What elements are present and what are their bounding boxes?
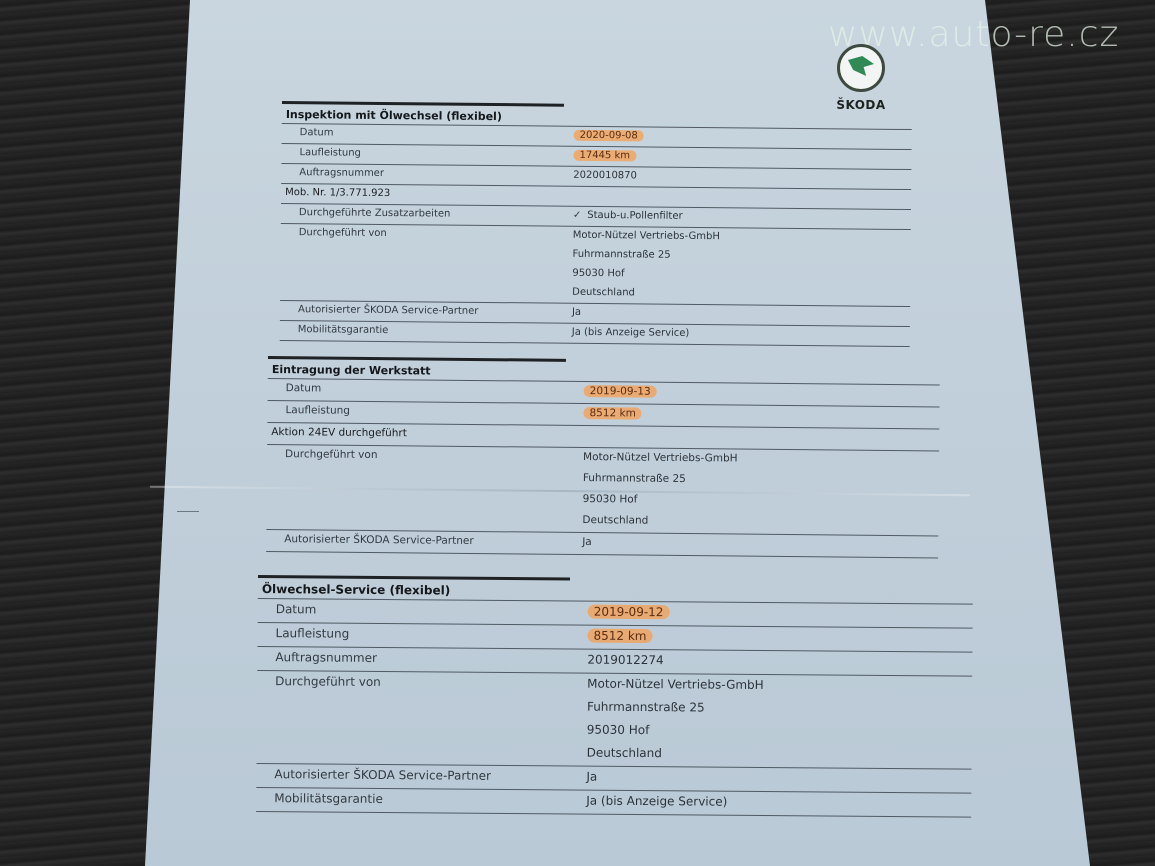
value-text: Ja [582, 536, 592, 548]
row-label: Datum [286, 382, 322, 394]
row-label: Aktion 24EV durchgeführt [271, 426, 407, 439]
row-value: Ja [586, 770, 597, 784]
row-label: Laufleistung [275, 626, 349, 641]
row-label: Durchgeführt von [299, 227, 387, 239]
value-text: Fuhrmannstraße 25 [583, 472, 686, 485]
section-werkstatt: Eintragung der Werkstatt Datum2019-09-13… [266, 356, 940, 558]
section-rows: Datum2019-09-12Laufleistung8512 kmAuftra… [256, 598, 973, 818]
value-text: Fuhrmannstraße 25 [572, 249, 670, 261]
highlighted-value: 2019-09-12 [588, 605, 670, 620]
highlighted-value: 8512 km [583, 407, 641, 420]
value-text: Motor-Nützel Vertriebs-GmbH [573, 230, 720, 242]
row-label: Autorisierter ŠKODA Service-Partner [274, 767, 491, 783]
row-value: Ja (bis Anzeige Service) [572, 327, 690, 339]
row-value: Ja [582, 536, 592, 548]
row-label: Autorisierter ŠKODA Service-Partner [298, 304, 479, 317]
row-label: Durchgeführte Zusatzarbeiten [299, 207, 451, 219]
row-value: Deutschland [582, 514, 648, 527]
value-text: 95030 Hof [572, 268, 624, 280]
row-value: Motor-Nützel Vertriebs-GmbH [573, 230, 720, 242]
row-value: Fuhrmannstraße 25 [587, 700, 705, 715]
value-text: Staub-u.Pollenfilter [587, 210, 682, 222]
value-text: Deutschland [582, 514, 648, 527]
row-label: Mob. Nr. 1/3.771.923 [285, 187, 390, 199]
row-label: Laufleistung [299, 147, 361, 159]
highlighted-value: 2019-09-13 [584, 385, 657, 398]
row-value: Fuhrmannstraße 25 [583, 472, 686, 485]
row-label: Durchgeführt von [285, 448, 378, 461]
row-value: 2020010870 [573, 170, 637, 182]
value-text: Ja [586, 770, 597, 784]
row-value: Motor-Nützel Vertriebs-GmbH [583, 451, 738, 464]
row-label: Datum [276, 602, 317, 616]
value-text: Ja (bis Anzeige Service) [586, 794, 727, 809]
row-value: 2019-09-12 [588, 605, 670, 620]
value-text: Deutschland [572, 287, 635, 299]
row-value: 17445 km [573, 150, 636, 162]
row-value: Deutschland [587, 746, 662, 761]
skoda-arrow-icon [837, 44, 885, 92]
highlighted-value: 17445 km [573, 150, 636, 162]
row-value: Fuhrmannstraße 25 [572, 249, 670, 261]
row-value: Deutschland [572, 287, 635, 299]
row-label: Auftragsnummer [275, 650, 377, 665]
value-text: 95030 Hof [583, 493, 638, 506]
value-text: Deutschland [587, 746, 662, 761]
row-value: 2020-09-08 [574, 130, 644, 142]
row-value: Motor-Nützel Vertriebs-GmbH [587, 677, 764, 692]
row-value: 95030 Hof [583, 493, 638, 506]
section-oelwechsel: Ölwechsel-Service (flexibel) Datum2019-0… [256, 575, 973, 818]
row-label: Mobilitätsgarantie [274, 791, 383, 806]
row-value: 2019-09-13 [584, 385, 657, 398]
row-label: Auftragsnummer [299, 167, 384, 179]
checkmark-icon: ✓ [573, 210, 581, 221]
row-value: 95030 Hof [587, 723, 650, 737]
value-text: Ja (bis Anzeige Service) [572, 327, 690, 339]
row-value: 8512 km [583, 407, 641, 420]
value-text: 2019012274 [587, 653, 663, 668]
row-value: 95030 Hof [572, 268, 624, 280]
row-label: Datum [300, 127, 334, 138]
skoda-logo: ŠKODA [830, 44, 892, 112]
row-label: Mobilitätsgarantie [298, 324, 389, 336]
row-value: Ja [572, 307, 581, 318]
row-value: 2019012274 [587, 653, 663, 668]
section-inspektion: Inspektion mit Ölwechsel (flexibel) Datu… [280, 101, 912, 347]
row-value: Ja (bis Anzeige Service) [586, 794, 727, 809]
row-label: Autorisierter ŠKODA Service-Partner [284, 533, 474, 547]
row-value: 8512 km [587, 629, 652, 644]
highlighted-value: 2020-09-08 [574, 130, 644, 142]
value-text: Motor-Nützel Vertriebs-GmbH [587, 677, 764, 692]
value-text: 2020010870 [573, 170, 637, 182]
value-text: 95030 Hof [587, 723, 650, 737]
value-text: Fuhrmannstraße 25 [587, 700, 705, 715]
row-label: Durchgeführt von [275, 674, 381, 689]
row-value: ✓Staub-u.Pollenfilter [573, 210, 683, 222]
section-rows: Datum2020-09-08Laufleistung17445 kmAuftr… [280, 123, 912, 347]
highlighted-value: 8512 km [587, 629, 652, 644]
value-text: Ja [572, 307, 581, 318]
section-rows: Datum2019-09-13Laufleistung8512 kmAktion… [266, 378, 940, 558]
value-text: Motor-Nützel Vertriebs-GmbH [583, 451, 738, 464]
margin-dash [177, 511, 199, 512]
row-label: Laufleistung [285, 404, 350, 417]
